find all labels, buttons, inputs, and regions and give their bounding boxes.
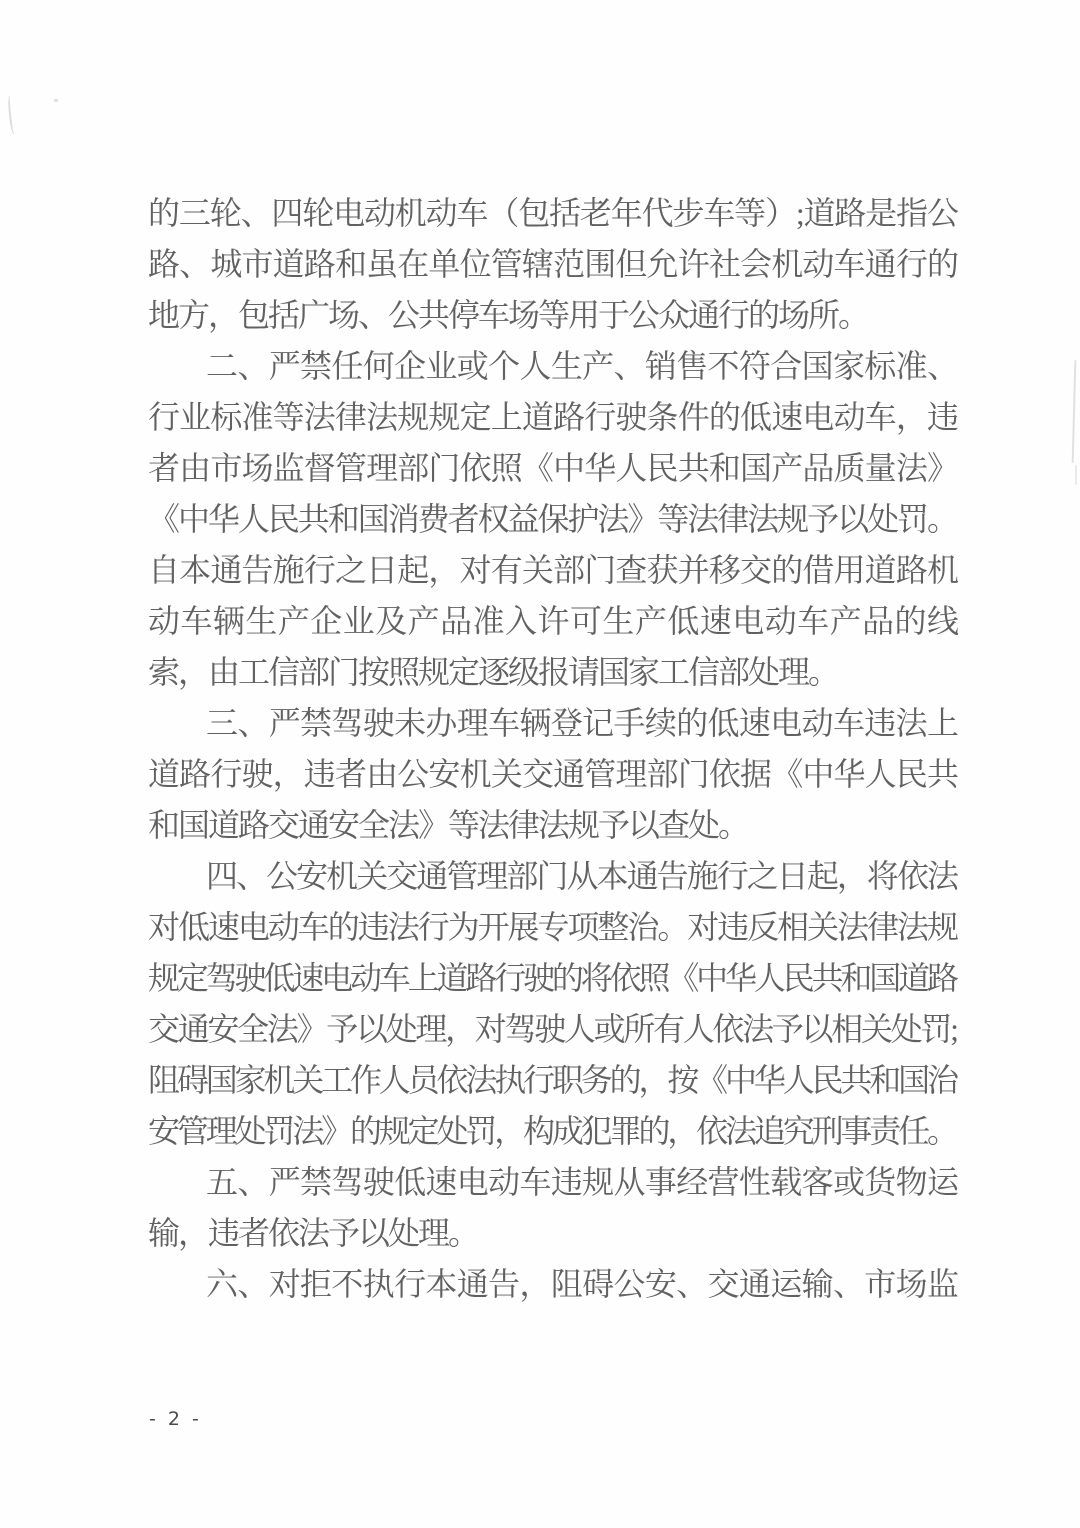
text-line: 阻碍国家机关工作人员依法执行职务的，按《中华人民共和国治	[148, 1055, 955, 1106]
text-line: 索，由工信部门按照规定逐级报请国家工信部处理。	[148, 647, 955, 698]
text-line: 二、严禁任何企业或个人生产、销售不符合国家标准、	[148, 341, 955, 392]
text-line: 三、严禁驾驶未办理车辆登记手续的低速电动车违法上	[148, 698, 955, 749]
text-line: 对低速电动车的违法行为开展专项整治。对违反相关法律法规	[148, 902, 955, 953]
text-line: 者由市场监督管理部门依照《中华人民共和国产品质量法》	[148, 443, 955, 494]
scan-streak	[1075, 465, 1077, 485]
text-line: 自本通告施行之日起，对有关部门查获并移交的借用道路机	[148, 545, 955, 596]
text-line: 六、对拒不执行本通告，阻碍公安、交通运输、市场监	[148, 1259, 955, 1310]
text-line: 交通安全法》予以处理，对驾驶人或所有人依法予以相关处罚;	[148, 1004, 955, 1055]
text-line: 地方，包括广场、公共停车场等用于公众通行的场所。	[148, 290, 955, 341]
text-line: 和国道路交通安全法》等法律法规予以查处。	[148, 800, 955, 851]
text-line: 《中华人民共和国消费者权益保护法》等法律法规予以处罚。	[148, 494, 955, 545]
text-line: 行业标准等法律法规规定上道路行驶条件的低速电动车，违	[148, 392, 955, 443]
page-number: - 2 -	[149, 1408, 202, 1430]
text-line: 道路行驶，违者由公安机关交通管理部门依据《中华人民共	[148, 749, 955, 800]
text-line: 动车辆生产企业及产品准入许可生产低速电动车产品的线	[148, 596, 955, 647]
text-line: 四、公安机关交通管理部门从本通告施行之日起，将依法	[148, 851, 955, 902]
scan-speck	[54, 99, 58, 102]
text-line: 五、严禁驾驶低速电动车违规从事经营性载客或货物运	[148, 1157, 955, 1208]
text-line: 路、城市道路和虽在单位管辖范围但允许社会机动车通行的	[148, 239, 955, 290]
scan-streak	[1072, 360, 1077, 463]
scan-smudge	[7, 95, 17, 135]
text-line: 输，违者依法予以处理。	[148, 1208, 955, 1259]
text-line: 规定驾驶低速电动车上道路行驶的将依照《中华人民共和国道路	[148, 953, 955, 1004]
scanned-document-page: 的三轮、四轮电动机动车（包括老年代步车等）;道路是指公 路、城市道路和虽在单位管…	[0, 0, 1080, 1528]
text-line: 安管理处罚法》的规定处罚，构成犯罪的，依法追究刑事责任。	[148, 1106, 955, 1157]
document-body: 的三轮、四轮电动机动车（包括老年代步车等）;道路是指公 路、城市道路和虽在单位管…	[148, 188, 955, 1310]
text-line: 的三轮、四轮电动机动车（包括老年代步车等）;道路是指公	[148, 188, 955, 239]
